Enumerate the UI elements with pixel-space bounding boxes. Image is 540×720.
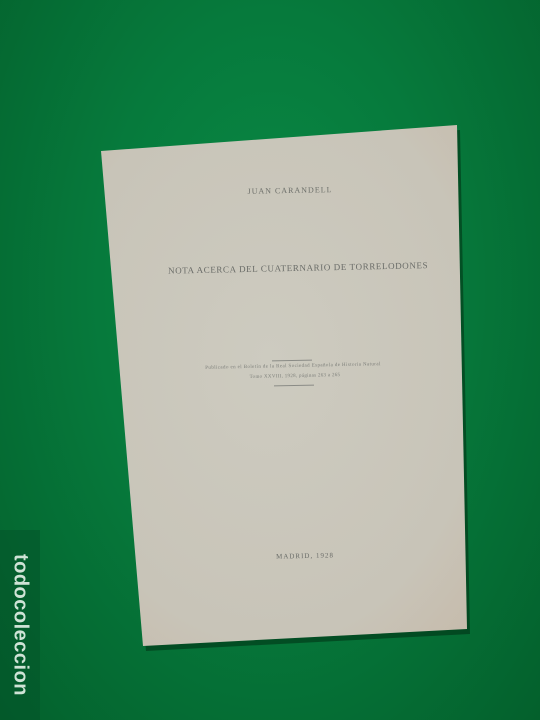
photo-scene: JUAN CARANDELL NOTA ACERCA DEL CUATERNAR… bbox=[0, 0, 540, 720]
booklet-cover bbox=[0, 0, 540, 720]
watermark-logo: todocoleccion bbox=[9, 554, 32, 696]
booklet-place-year: MADRID, 1928 bbox=[270, 551, 340, 560]
